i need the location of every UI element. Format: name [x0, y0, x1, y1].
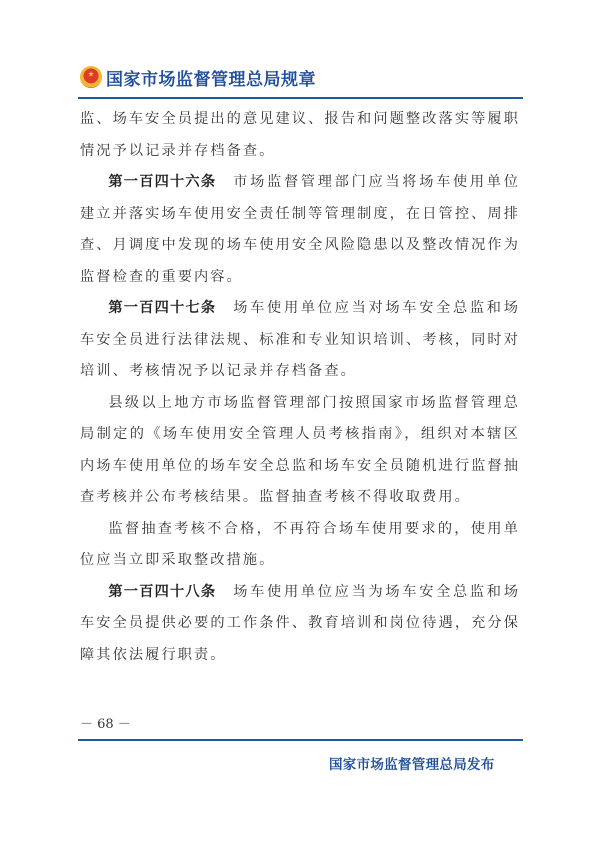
- document-body: 监、场车安全员提出的意见建议、报告和问题整改落实等履职情况予以记录并存档备查。 …: [80, 104, 520, 671]
- article-148: 第一百四十八条场车使用单位应当为场车安全总监和场车安全员提供必要的工作条件、教育…: [80, 577, 520, 672]
- footer-divider: [78, 739, 523, 741]
- article-number: 第一百四十六条: [108, 174, 216, 190]
- header-title: 国家市场监督管理总局规章: [106, 65, 316, 90]
- paragraph: 县级以上地方市场监督管理部门按照国家市场监督管理总局制定的《场车使用安全管理人员…: [80, 388, 520, 514]
- article-number: 第一百四十八条: [108, 584, 216, 600]
- page-number: － 68 －: [80, 713, 131, 732]
- paragraph-text: 县级以上地方市场监督管理部门按照国家市场监督管理总局制定的《场车使用安全管理人员…: [80, 395, 520, 506]
- page-header: 国家市场监督管理总局规章: [80, 62, 316, 92]
- paragraph-text: 监、场车安全员提出的意见建议、报告和问题整改落实等履职情况予以记录并存档备查。: [80, 111, 520, 159]
- paragraph: 监、场车安全员提出的意见建议、报告和问题整改落实等履职情况予以记录并存档备查。: [80, 104, 520, 167]
- article-number: 第一百四十七条: [108, 300, 216, 316]
- article-146: 第一百四十六条市场监督管理部门应当将场车使用单位建立并落实场车使用安全责任制等管…: [80, 167, 520, 293]
- article-147: 第一百四十七条场车使用单位应当对场车安全总监和场车安全员进行法律法规、标准和专业…: [80, 293, 520, 388]
- paragraph-text: 监督抽查考核不合格，不再符合场车使用要求的，使用单位应当立即采取整改措施。: [80, 521, 520, 569]
- header-divider: [78, 97, 523, 99]
- paragraph-text: 市场监督管理部门应当将场车使用单位建立并落实场车使用安全责任制等管理制度，在日管…: [80, 174, 520, 285]
- paragraph: 监督抽查考核不合格，不再符合场车使用要求的，使用单位应当立即采取整改措施。: [80, 514, 520, 577]
- publisher-label: 国家市场监督管理总局发布: [329, 753, 495, 773]
- national-emblem-icon: [80, 66, 102, 88]
